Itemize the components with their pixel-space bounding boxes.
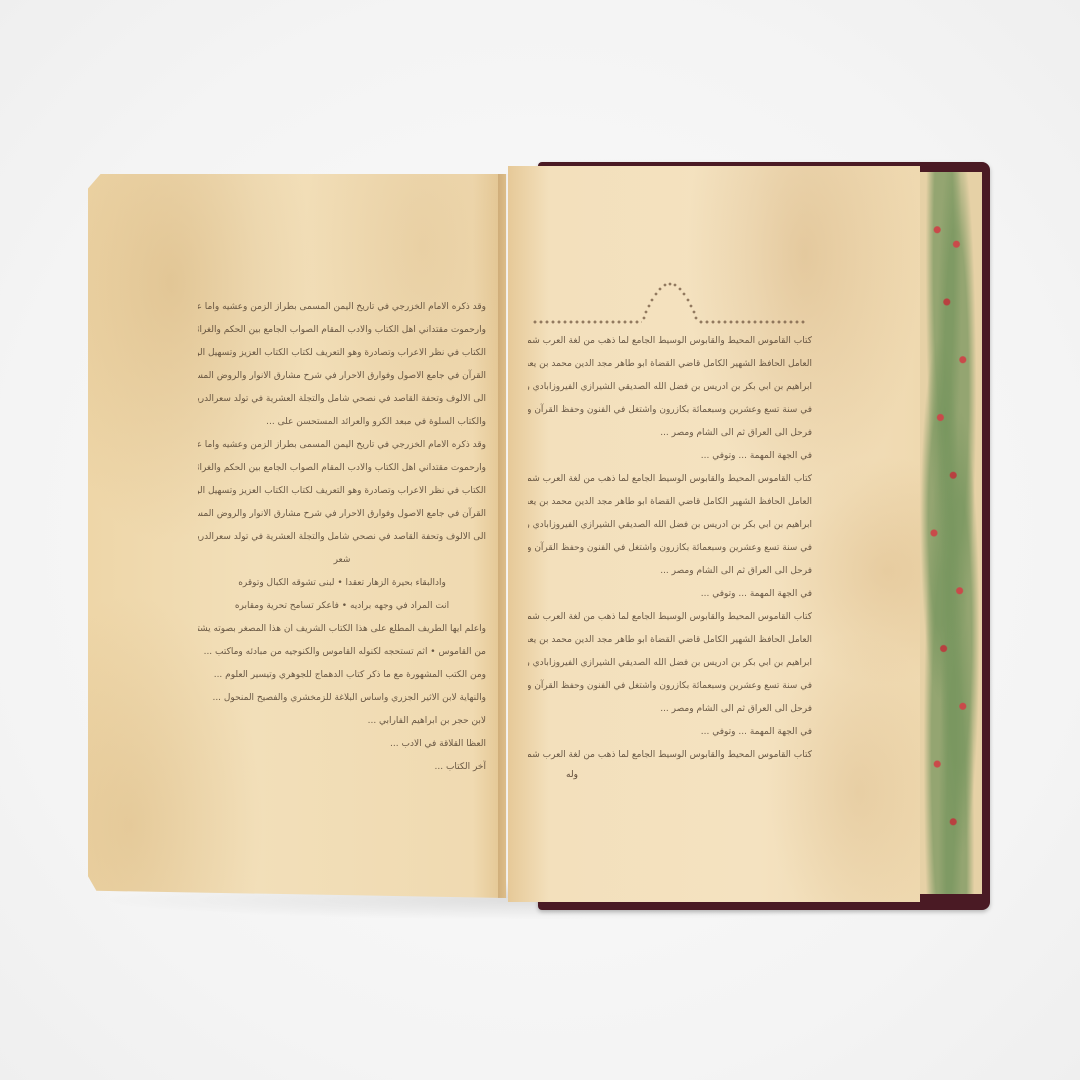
left-page-text: وقد ذكره الامام الخزرجي في تاريخ اليمن ا… bbox=[198, 296, 486, 779]
text-line: ابراهيم بن ابي بكر بن ادريس بن فضل الله … bbox=[528, 514, 812, 537]
text-line: وارحموت مقتداني اهل الكتاب والادب المقام… bbox=[198, 319, 486, 342]
text-line: في سنة تسع وعشرين وسبعمائة بكازرون واشتغ… bbox=[528, 675, 812, 698]
dotted-rule-right bbox=[698, 320, 806, 324]
text-line: العامل الحافظ الشهير الكامل قاضي القضاة … bbox=[528, 629, 812, 652]
text-line: وقد ذكره الامام الخزرجي في تاريخ اليمن ا… bbox=[198, 296, 486, 319]
text-line: ابراهيم بن ابي بكر بن ادريس بن فضل الله … bbox=[528, 652, 812, 675]
text-line: كتاب القاموس المحيط والقابوس الوسيط الجا… bbox=[528, 468, 812, 491]
text-line: القرآن في جامع الاصول وفوارق الاحرار في … bbox=[198, 503, 486, 526]
text-line: فرحل الى العراق ثم الى الشام ومصر ... bbox=[528, 422, 812, 445]
text-line: ومن الكتب المشهورة مع ما ذكر كتاب الدهما… bbox=[198, 664, 486, 687]
text-line: فرحل الى العراق ثم الى الشام ومصر ... bbox=[528, 560, 812, 583]
text-line: فرحل الى العراق ثم الى الشام ومصر ... bbox=[528, 698, 812, 721]
text-line: العامل الحافظ الشهير الكامل قاضي القضاة … bbox=[528, 491, 812, 514]
text-line: في الجهة المهمة ... وتوفي ... bbox=[528, 445, 812, 468]
dotted-rule-left bbox=[532, 320, 642, 324]
text-line: الكتاب في نظر الاعراب وتصادرة وهو التعري… bbox=[198, 342, 486, 365]
text-line: واعلم ايها الطريف المطلع على هذا الكتاب … bbox=[198, 618, 486, 641]
text-line: الى الالوف وتحفة القاصد في نصحي شامل وال… bbox=[198, 526, 486, 549]
text-line: من القاموس • اثم تستحجه لكنوله القاموس و… bbox=[198, 641, 486, 664]
text-line: في الجهة المهمة ... وتوفي ... bbox=[528, 721, 812, 744]
text-line: في الجهة المهمة ... وتوفي ... bbox=[528, 583, 812, 606]
text-line: والنهاية لابن الاثير الجزري واساس البلاغ… bbox=[198, 687, 486, 710]
text-line: الى الالوف وتحفة القاصد في نصحي شامل وال… bbox=[198, 388, 486, 411]
text-line: العامل الحافظ الشهير الكامل قاضي القضاة … bbox=[528, 353, 812, 376]
book-gutter bbox=[498, 174, 516, 898]
text-line: في سنة تسع وعشرين وسبعمائة بكازرون واشتغ… bbox=[528, 399, 812, 422]
text-line: والكتاب السلوة في مبعد الكرو والعرائد ال… bbox=[198, 411, 486, 434]
poem-line: انت المراد في وجهه براديه • فاعكر تسامح … bbox=[198, 595, 486, 618]
text-line: ابراهيم بن ابي بكر بن ادريس بن فضل الله … bbox=[528, 376, 812, 399]
text-line: كتاب القاموس المحيط والقابوس الوسيط الجا… bbox=[528, 330, 812, 353]
text-line: وقد ذكره الامام الخزرجي في تاريخ اليمن ا… bbox=[198, 434, 486, 457]
dotted-arch-ornament bbox=[532, 280, 806, 328]
text-line: العظا القلاقة في الادب ... bbox=[198, 733, 486, 756]
text-line: كتاب القاموس المحيط والقابوس الوسيط الجا… bbox=[528, 744, 812, 767]
poem-line: وادالبقاء بحيرة الزهار تعقدا • لبنى تشوق… bbox=[198, 572, 486, 595]
poem-heading: شعر bbox=[198, 549, 486, 572]
text-line: كتاب القاموس المحيط والقابوس الوسيط الجا… bbox=[528, 606, 812, 629]
right-page-text: كتاب القاموس المحيط والقابوس الوسيط الجا… bbox=[528, 330, 812, 767]
text-line: القرآن في جامع الاصول وفوارق الاحرار في … bbox=[198, 365, 486, 388]
text-line: لابن حجر بن ابراهيم الفارابي ... bbox=[198, 710, 486, 733]
floral-endpaper bbox=[916, 172, 982, 894]
folio-catchword: وله bbox=[566, 770, 578, 780]
text-line: وارحموت مقتداني اهل الكتاب والادب المقام… bbox=[198, 457, 486, 480]
text-line: آخر الكتاب ... bbox=[198, 756, 486, 779]
text-line: الكتاب في نظر الاعراب وتصادرة وهو التعري… bbox=[198, 480, 486, 503]
text-line: في سنة تسع وعشرين وسبعمائة بكازرون واشتغ… bbox=[528, 537, 812, 560]
